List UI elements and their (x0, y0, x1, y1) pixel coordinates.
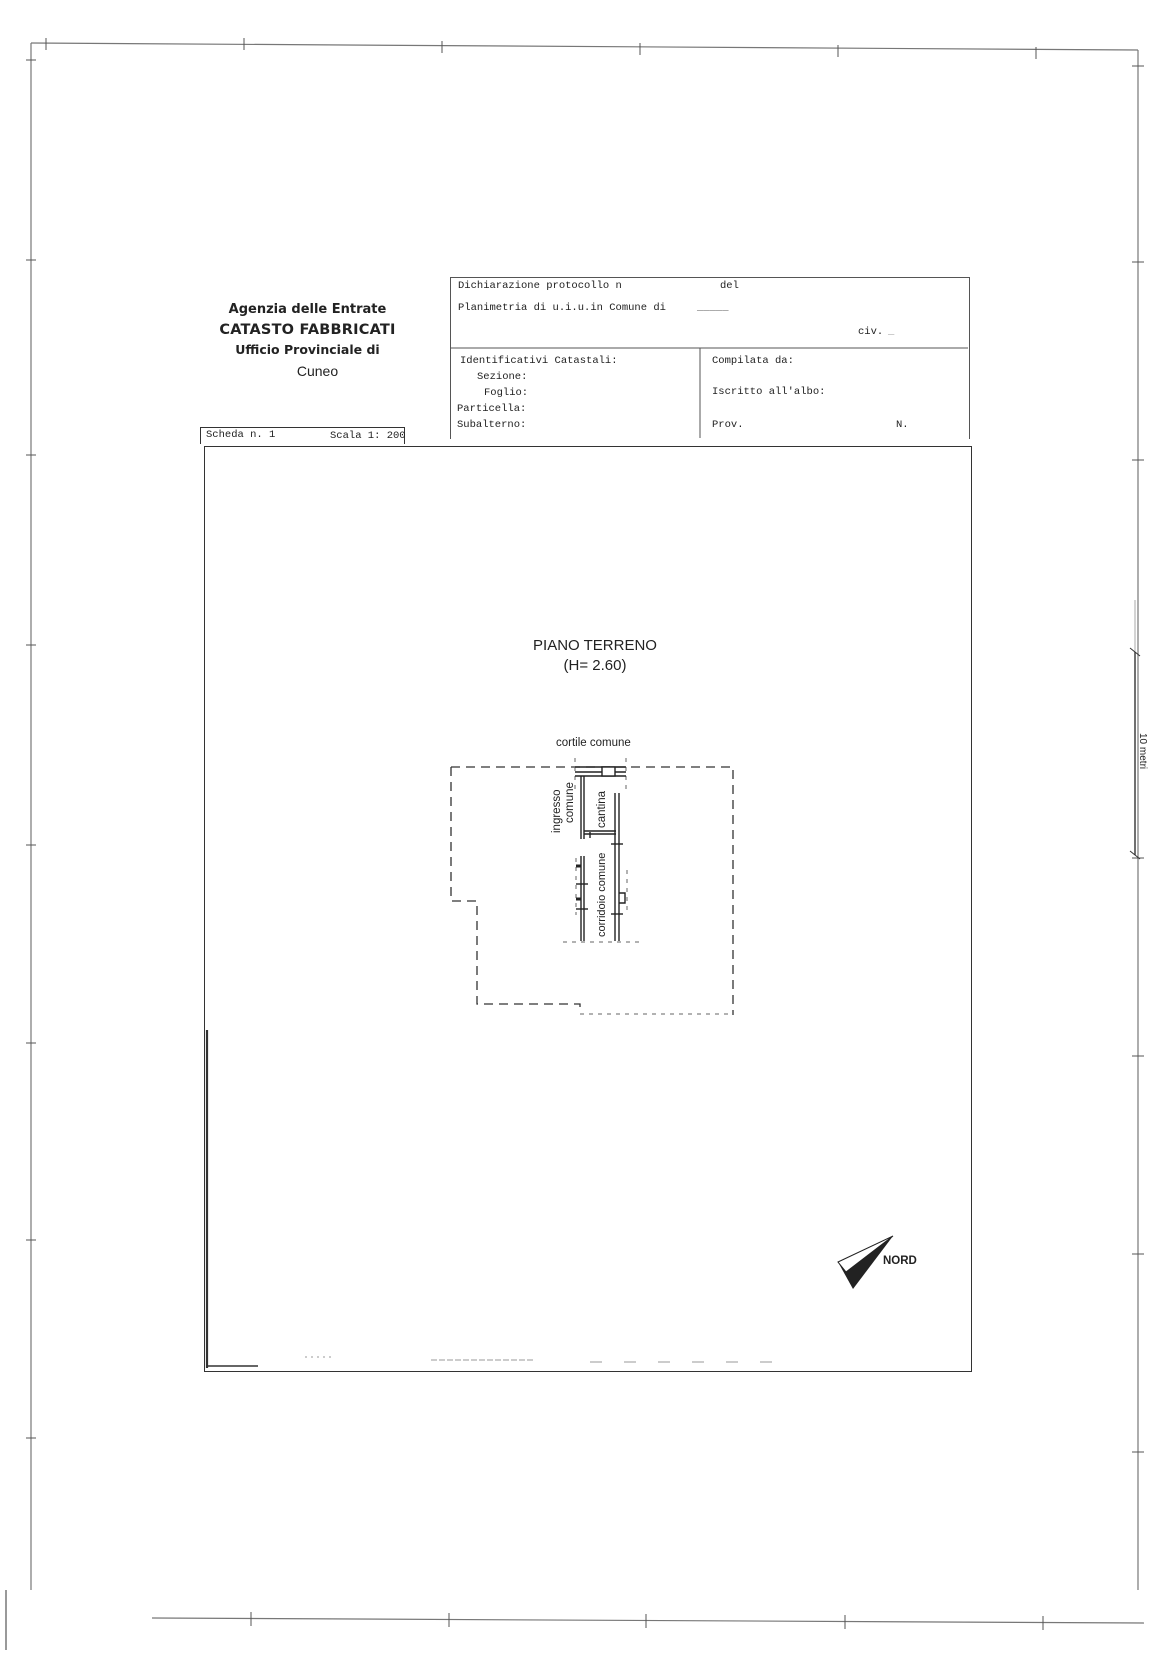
scale-bar-label: 10 metri (1137, 733, 1148, 769)
municipality-value: _____ (697, 302, 729, 314)
floor-title-block: PIANO TERRENO (H= 2.60) (520, 636, 670, 676)
register-label: Iscritto all'albo: (712, 386, 825, 398)
particella-label: Particella: (457, 403, 526, 415)
scale-label: Scala 1: 200 (330, 430, 406, 442)
floorplan-label: Planimetria di u.i.u.in Comune di (458, 302, 666, 314)
identifiers-title: Identificativi Catastali: (460, 355, 618, 367)
room-label-entrance-1: ingresso (551, 790, 564, 833)
office-block: Agenzia delle Entrate CATASTO FABBRICATI… (200, 300, 415, 383)
office-label: Ufficio Provinciale di (200, 341, 415, 359)
number-label: N. (896, 419, 909, 431)
room-label-corridor: corridoio comune (596, 853, 609, 937)
civic-label: civ. (858, 326, 883, 338)
subalterno-label: Subalterno: (457, 419, 526, 431)
declaration-date-label: del (720, 280, 739, 292)
foglio-label: Foglio: (484, 387, 528, 399)
civic-value: _ (888, 326, 894, 338)
declaration-label: Dichiarazione protocollo n (458, 280, 622, 292)
floor-height: (H= 2.60) (520, 656, 670, 676)
registry-name: CATASTO FABBRICATI (200, 319, 415, 341)
sezione-label: Sezione: (477, 371, 527, 383)
scheda-label: Scheda n. 1 (206, 429, 275, 441)
north-label: NORD (883, 1255, 917, 1267)
drawing-sheet (204, 446, 972, 1372)
room-label-entrance-2: comune (564, 782, 577, 823)
prov-label: Prov. (712, 419, 744, 431)
province-name: Cuneo (200, 359, 415, 383)
agency-name: Agenzia delle Entrate (200, 300, 415, 319)
compiled-by-label: Compilata da: (712, 355, 794, 367)
floor-title: PIANO TERRENO (520, 636, 670, 656)
room-label-courtyard: cortile comune (556, 737, 631, 749)
room-label-cellar: cantina (596, 791, 609, 828)
